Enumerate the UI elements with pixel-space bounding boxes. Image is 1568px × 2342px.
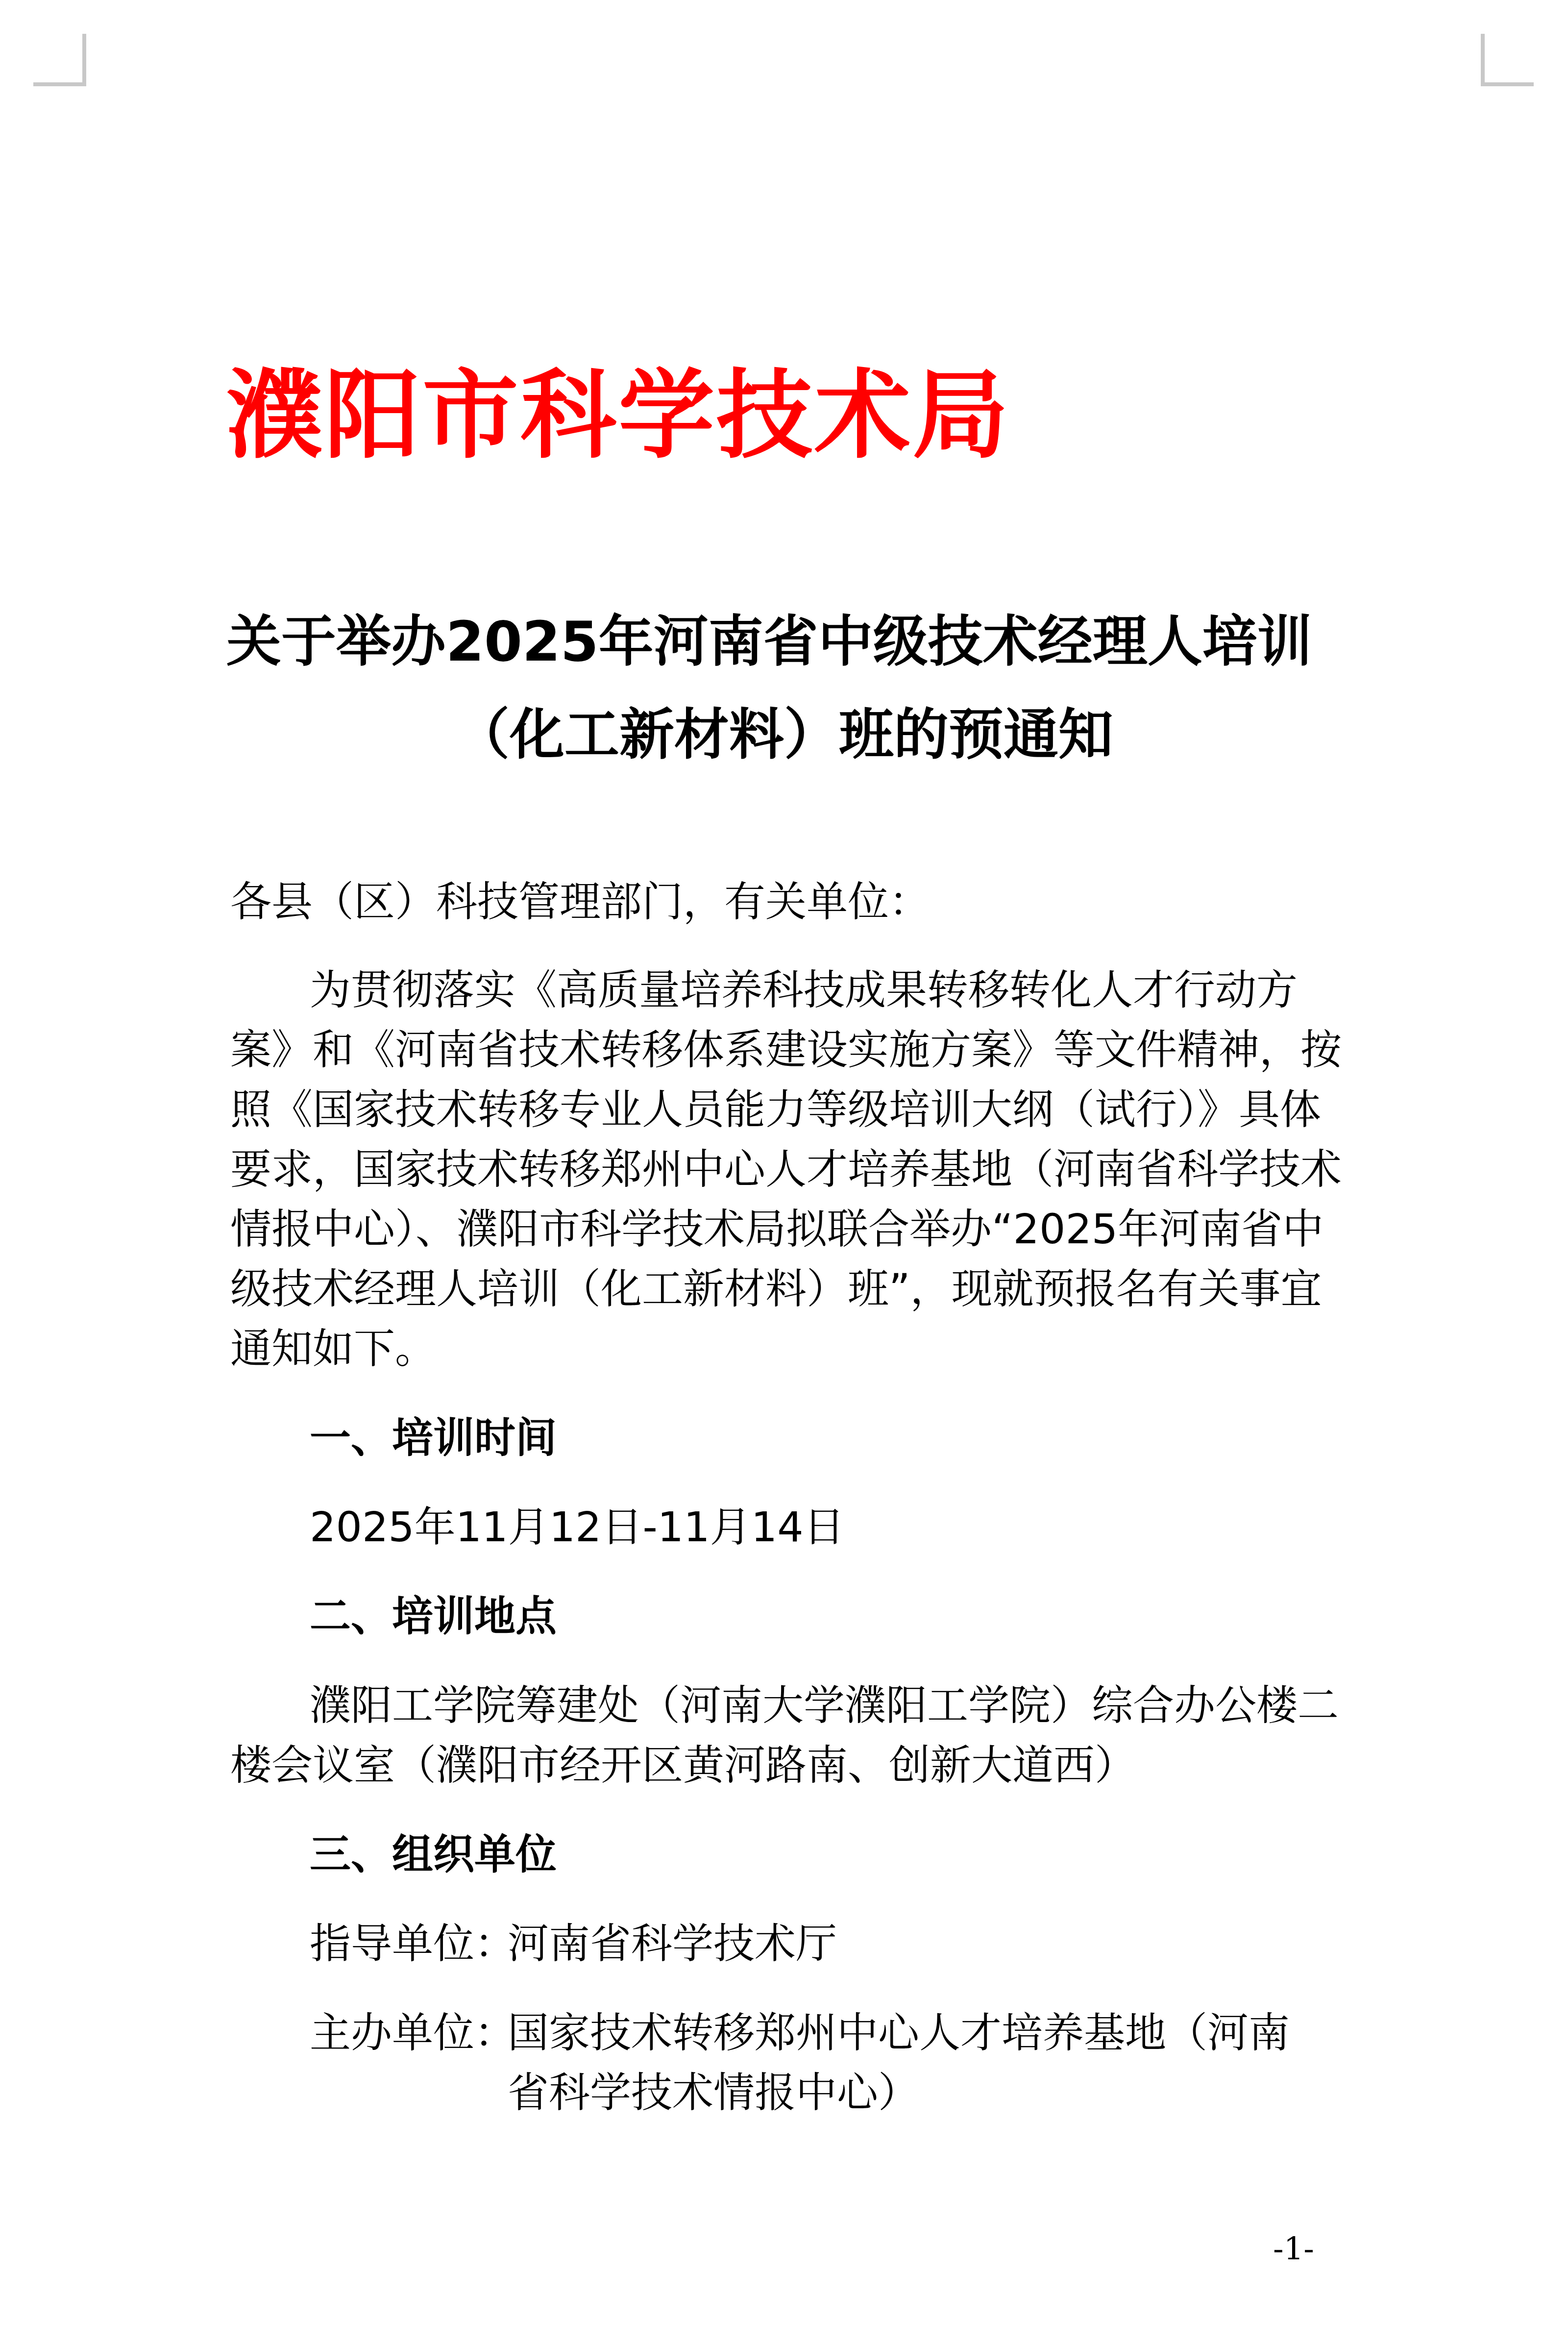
document-title-line-2: （化工新材料）班的预通知	[0, 701, 1568, 769]
organizer-value: 国家技术转移郑州中心人才培养基地（河南	[508, 2008, 1290, 2057]
paragraph-line: 案》和《河南省技术转移体系建设实施方案》等文件精神，按	[230, 1025, 1342, 1074]
training-location-line: 濮阳工学院筹建处（河南大学濮阳工学院）综合办公楼二	[310, 1681, 1339, 1730]
paragraph-line: 通知如下。	[230, 1324, 436, 1373]
crop-mark-top-right-vertical	[1481, 34, 1485, 86]
paragraph-line: 级技术经理人培训（化工新材料）班”，现就预报名有关事宜	[230, 1264, 1322, 1313]
paragraph-line: 情报中心）、濮阳市科学技术局拟联合举办“2025年河南省中	[230, 1205, 1323, 1254]
crop-mark-top-left-vertical	[82, 34, 86, 86]
organizer-value: 省科学技术情报中心）	[508, 2068, 919, 2117]
section-heading-training-time: 一、培训时间	[310, 1413, 557, 1462]
paragraph-line: 为贯彻落实《高质量培养科技成果转移转化人才行动方	[310, 965, 1298, 1014]
training-location-line: 楼会议室（濮阳市经开区黄河路南、创新大道西）	[230, 1741, 1136, 1790]
paragraph-line: 要求，国家技术转移郑州中心人才培养基地（河南省科学技术	[230, 1145, 1342, 1194]
crop-mark-top-right-horizontal	[1481, 82, 1534, 86]
page-number: -1-	[1273, 2230, 1314, 2269]
section-heading-organizers: 三、组织单位	[310, 1830, 557, 1879]
organizer-label: 主办单位：	[310, 2008, 515, 2057]
section-heading-training-location: 二、培训地点	[310, 1592, 557, 1641]
salutation: 各县（区）科技管理部门，有关单位：	[230, 877, 930, 926]
issuing-organization-header: 濮阳市科学技术局	[226, 362, 1010, 469]
organizer-label: 指导单位：	[310, 1919, 515, 1968]
document-title-line-1: 关于举办2025年河南省中级技术经理人培训	[226, 608, 1312, 676]
crop-mark-top-left-horizontal	[33, 82, 86, 86]
organizer-value: 河南省科学技术厅	[508, 1919, 837, 1968]
paragraph-line: 照《国家技术转移专业人员能力等级培训大纲（试行）》具体	[230, 1085, 1321, 1134]
training-date: 2025年11月12日-11月14日	[310, 1503, 845, 1552]
